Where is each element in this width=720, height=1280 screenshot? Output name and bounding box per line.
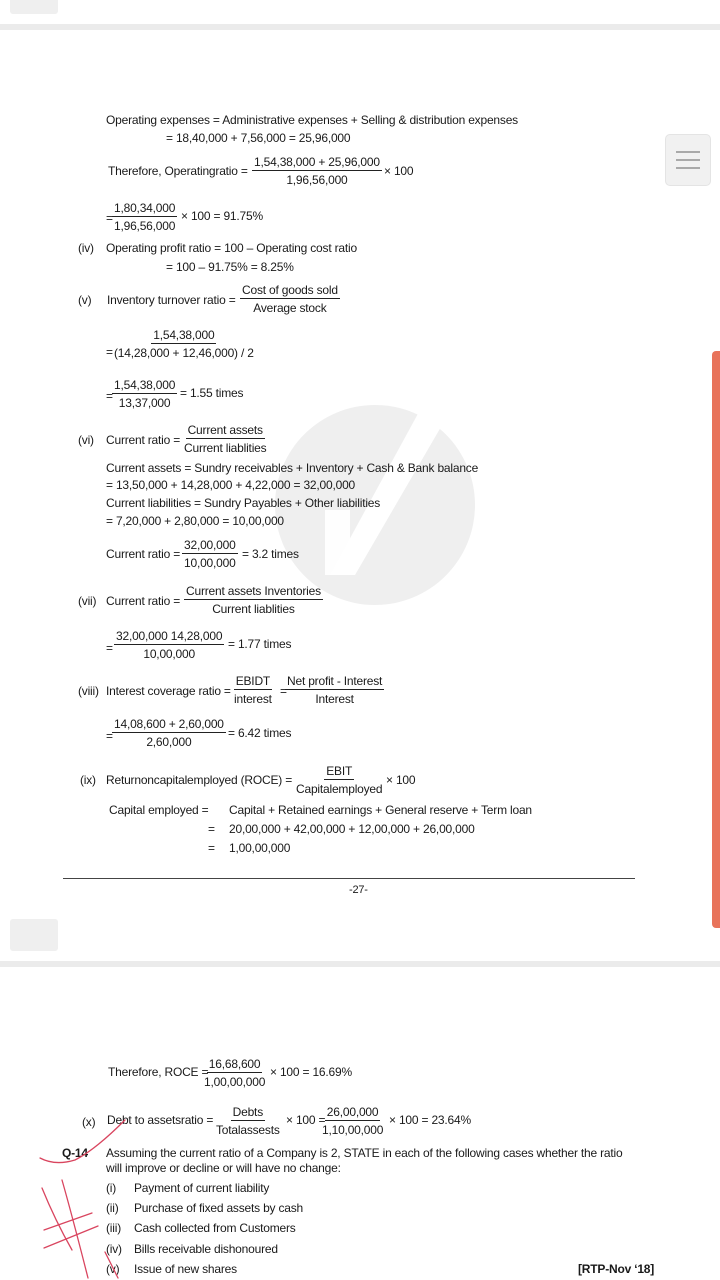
quick-ratio-label: Current ratio = [106,594,180,608]
previous-page-tab [10,0,58,14]
question-option: Cash collected from Customers [134,1221,296,1235]
hamburger-menu-icon [676,151,700,153]
question-option: Bills receivable dishonoured [134,1242,278,1256]
operating-ratio-fraction-2: 1,80,34,000 1,96,56,000 [112,201,177,233]
footer-rule [63,878,635,879]
operating-expenses-line: Operating expenses = Administrative expe… [106,113,518,127]
pen-annotation-icon [0,1100,140,1280]
operating-ratio-label: Therefore, Operatingratio = [108,164,248,178]
source-tag: [RTP-Nov ‘18] [578,1262,654,1276]
inventory-turnover-label: Inventory turnover ratio = [107,293,236,307]
scrollbar-thumb[interactable] [712,351,720,928]
page-thumbnail-tab [10,919,58,951]
current-ratio-label: Current ratio = [106,433,180,447]
question-option: Payment of current liability [134,1181,269,1195]
document-menu-button[interactable] [665,134,711,186]
interest-coverage-label: Interest coverage ratio = [106,684,231,698]
roce-label: Returnoncapitalemployed (ROCE) = [106,773,292,787]
question-option: Purchase of fixed assets by cash [134,1201,303,1215]
operating-ratio-fraction: 1,54,38,000 + 25,96,000 1,96,56,000 [252,155,382,187]
page-separator [0,961,720,967]
roce-result-label: Therefore, ROCE = [108,1065,208,1079]
operating-expenses-calc: = 18,40,000 + 7,56,000 = 25,96,000 [166,131,350,145]
page-number: -27- [349,883,368,897]
operating-profit-ratio-line: Operating profit ratio = 100 – Operating… [106,241,357,255]
question-text: Assuming the current ratio of a Company … [106,1146,623,1160]
question-option: Issue of new shares [134,1262,237,1276]
page-separator [0,24,720,30]
